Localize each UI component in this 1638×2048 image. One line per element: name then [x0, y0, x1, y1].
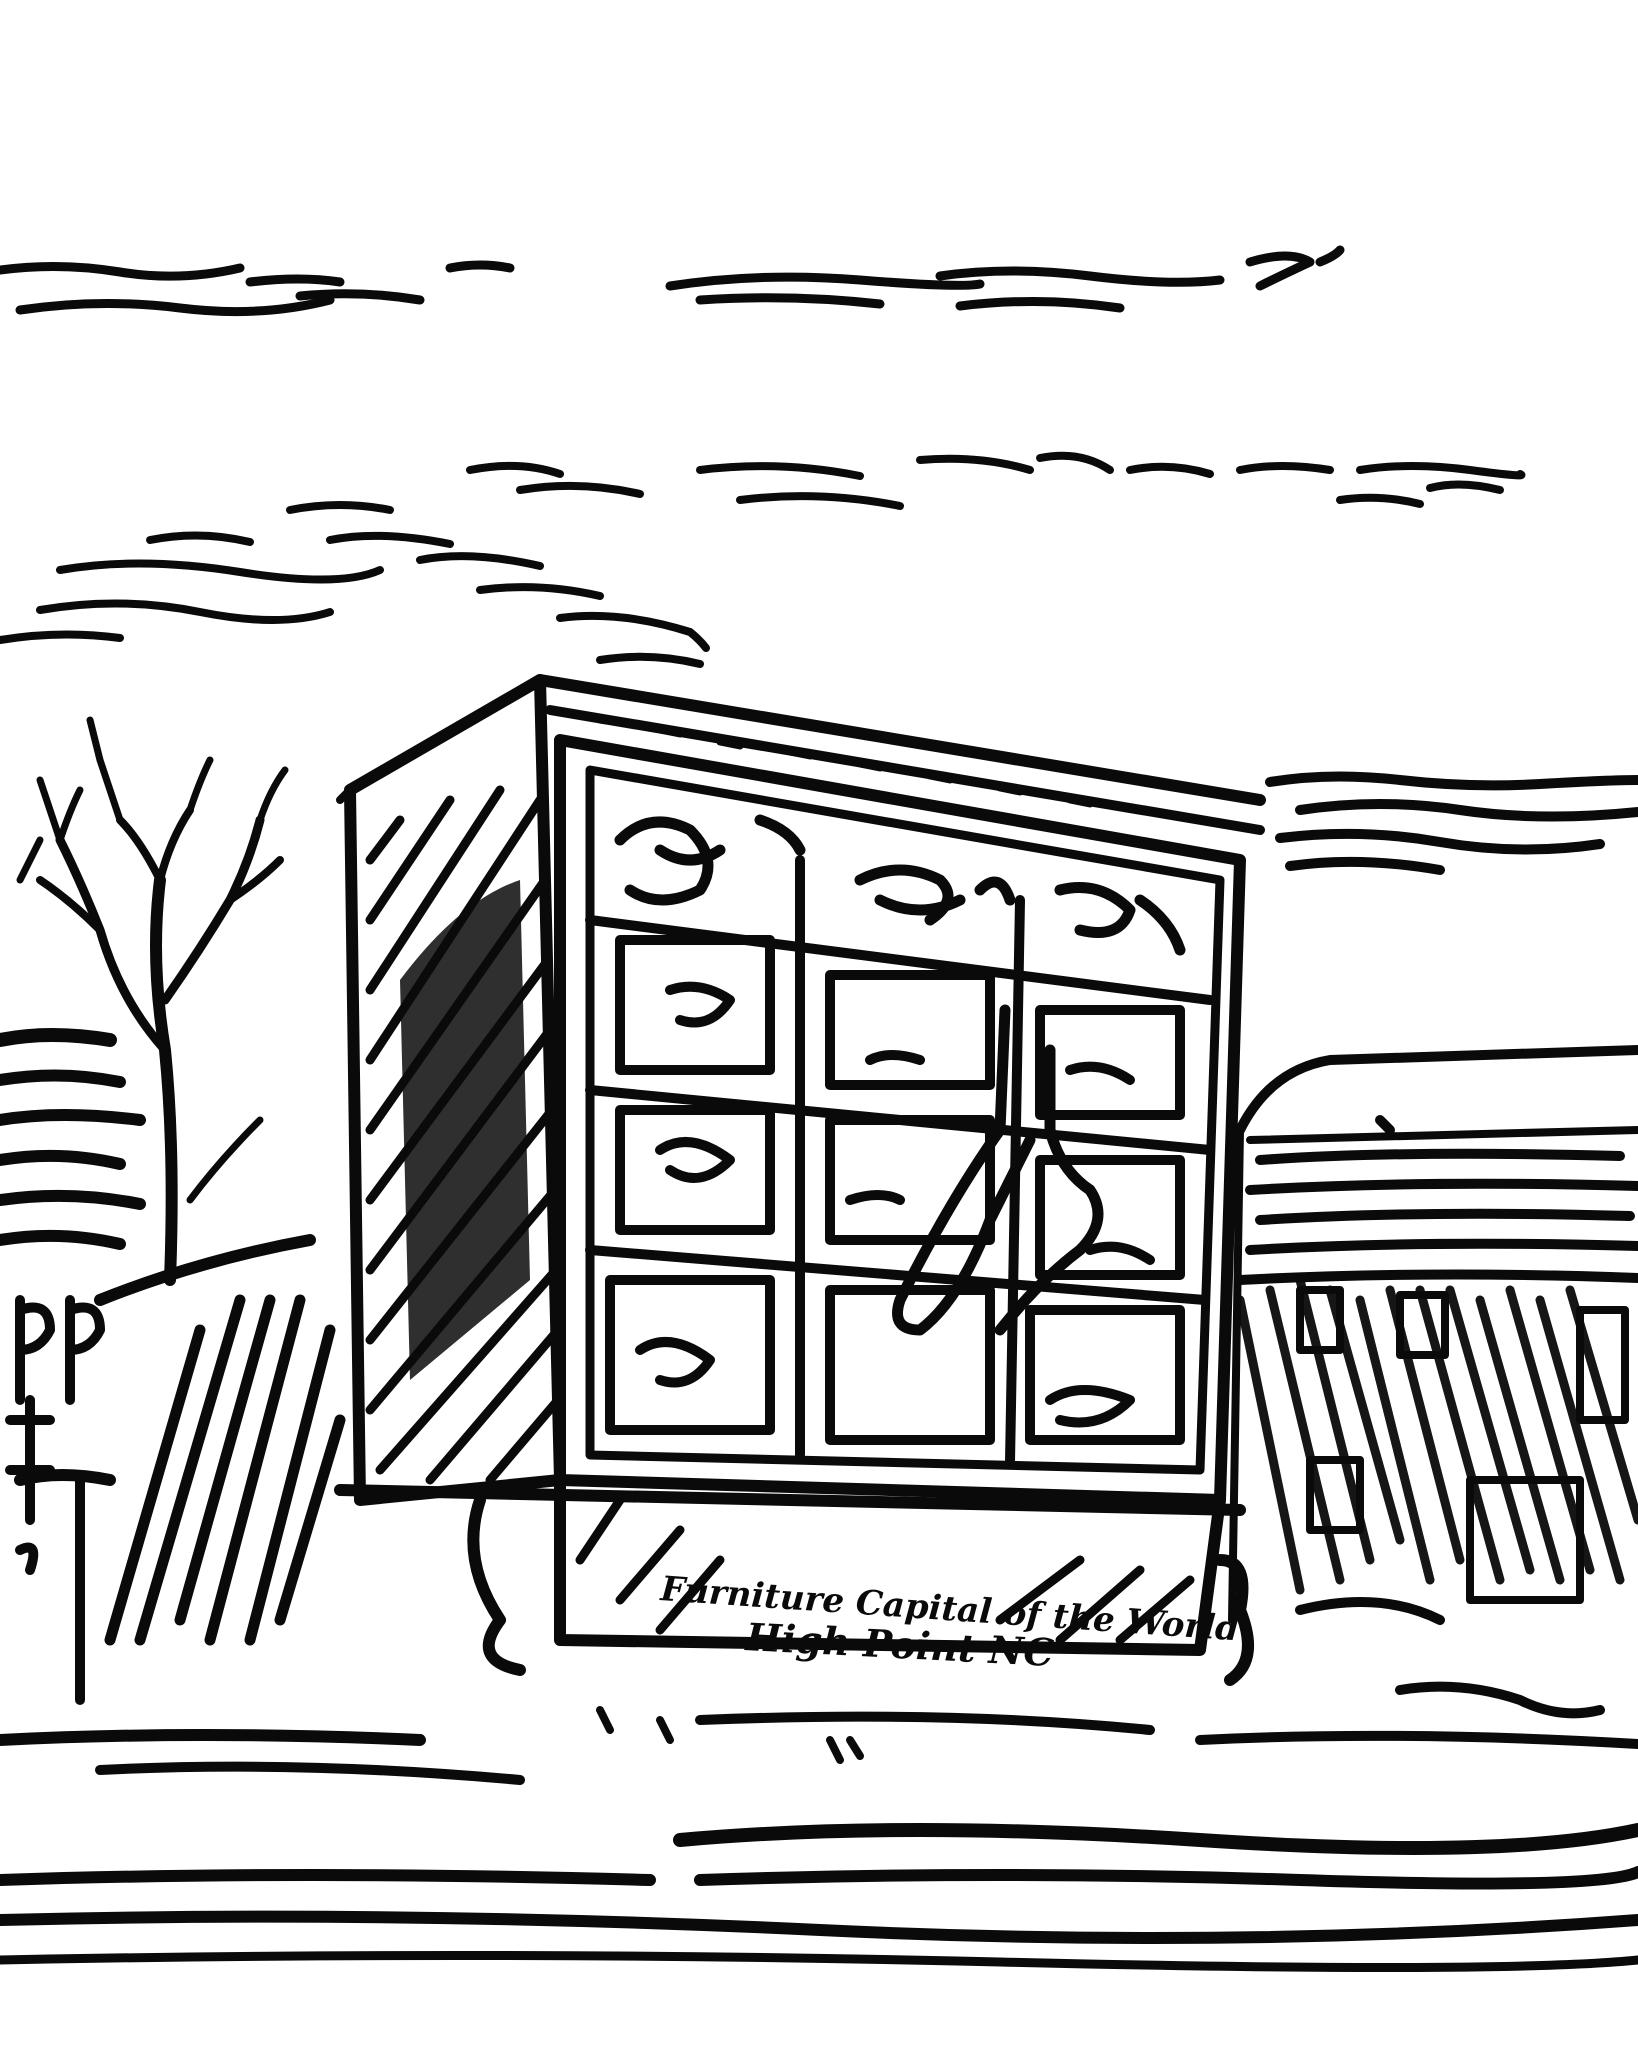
giant-chest-of-drawers: Furniture Capital of the World High Poin…	[340, 680, 1260, 1680]
right-building	[1232, 1050, 1638, 1620]
clouds-middle	[0, 456, 1521, 664]
clouds-right	[1270, 776, 1638, 870]
clouds-upper	[0, 250, 1340, 312]
ink-drawing: Furniture Capital of the World High Poin…	[0, 0, 1638, 2048]
